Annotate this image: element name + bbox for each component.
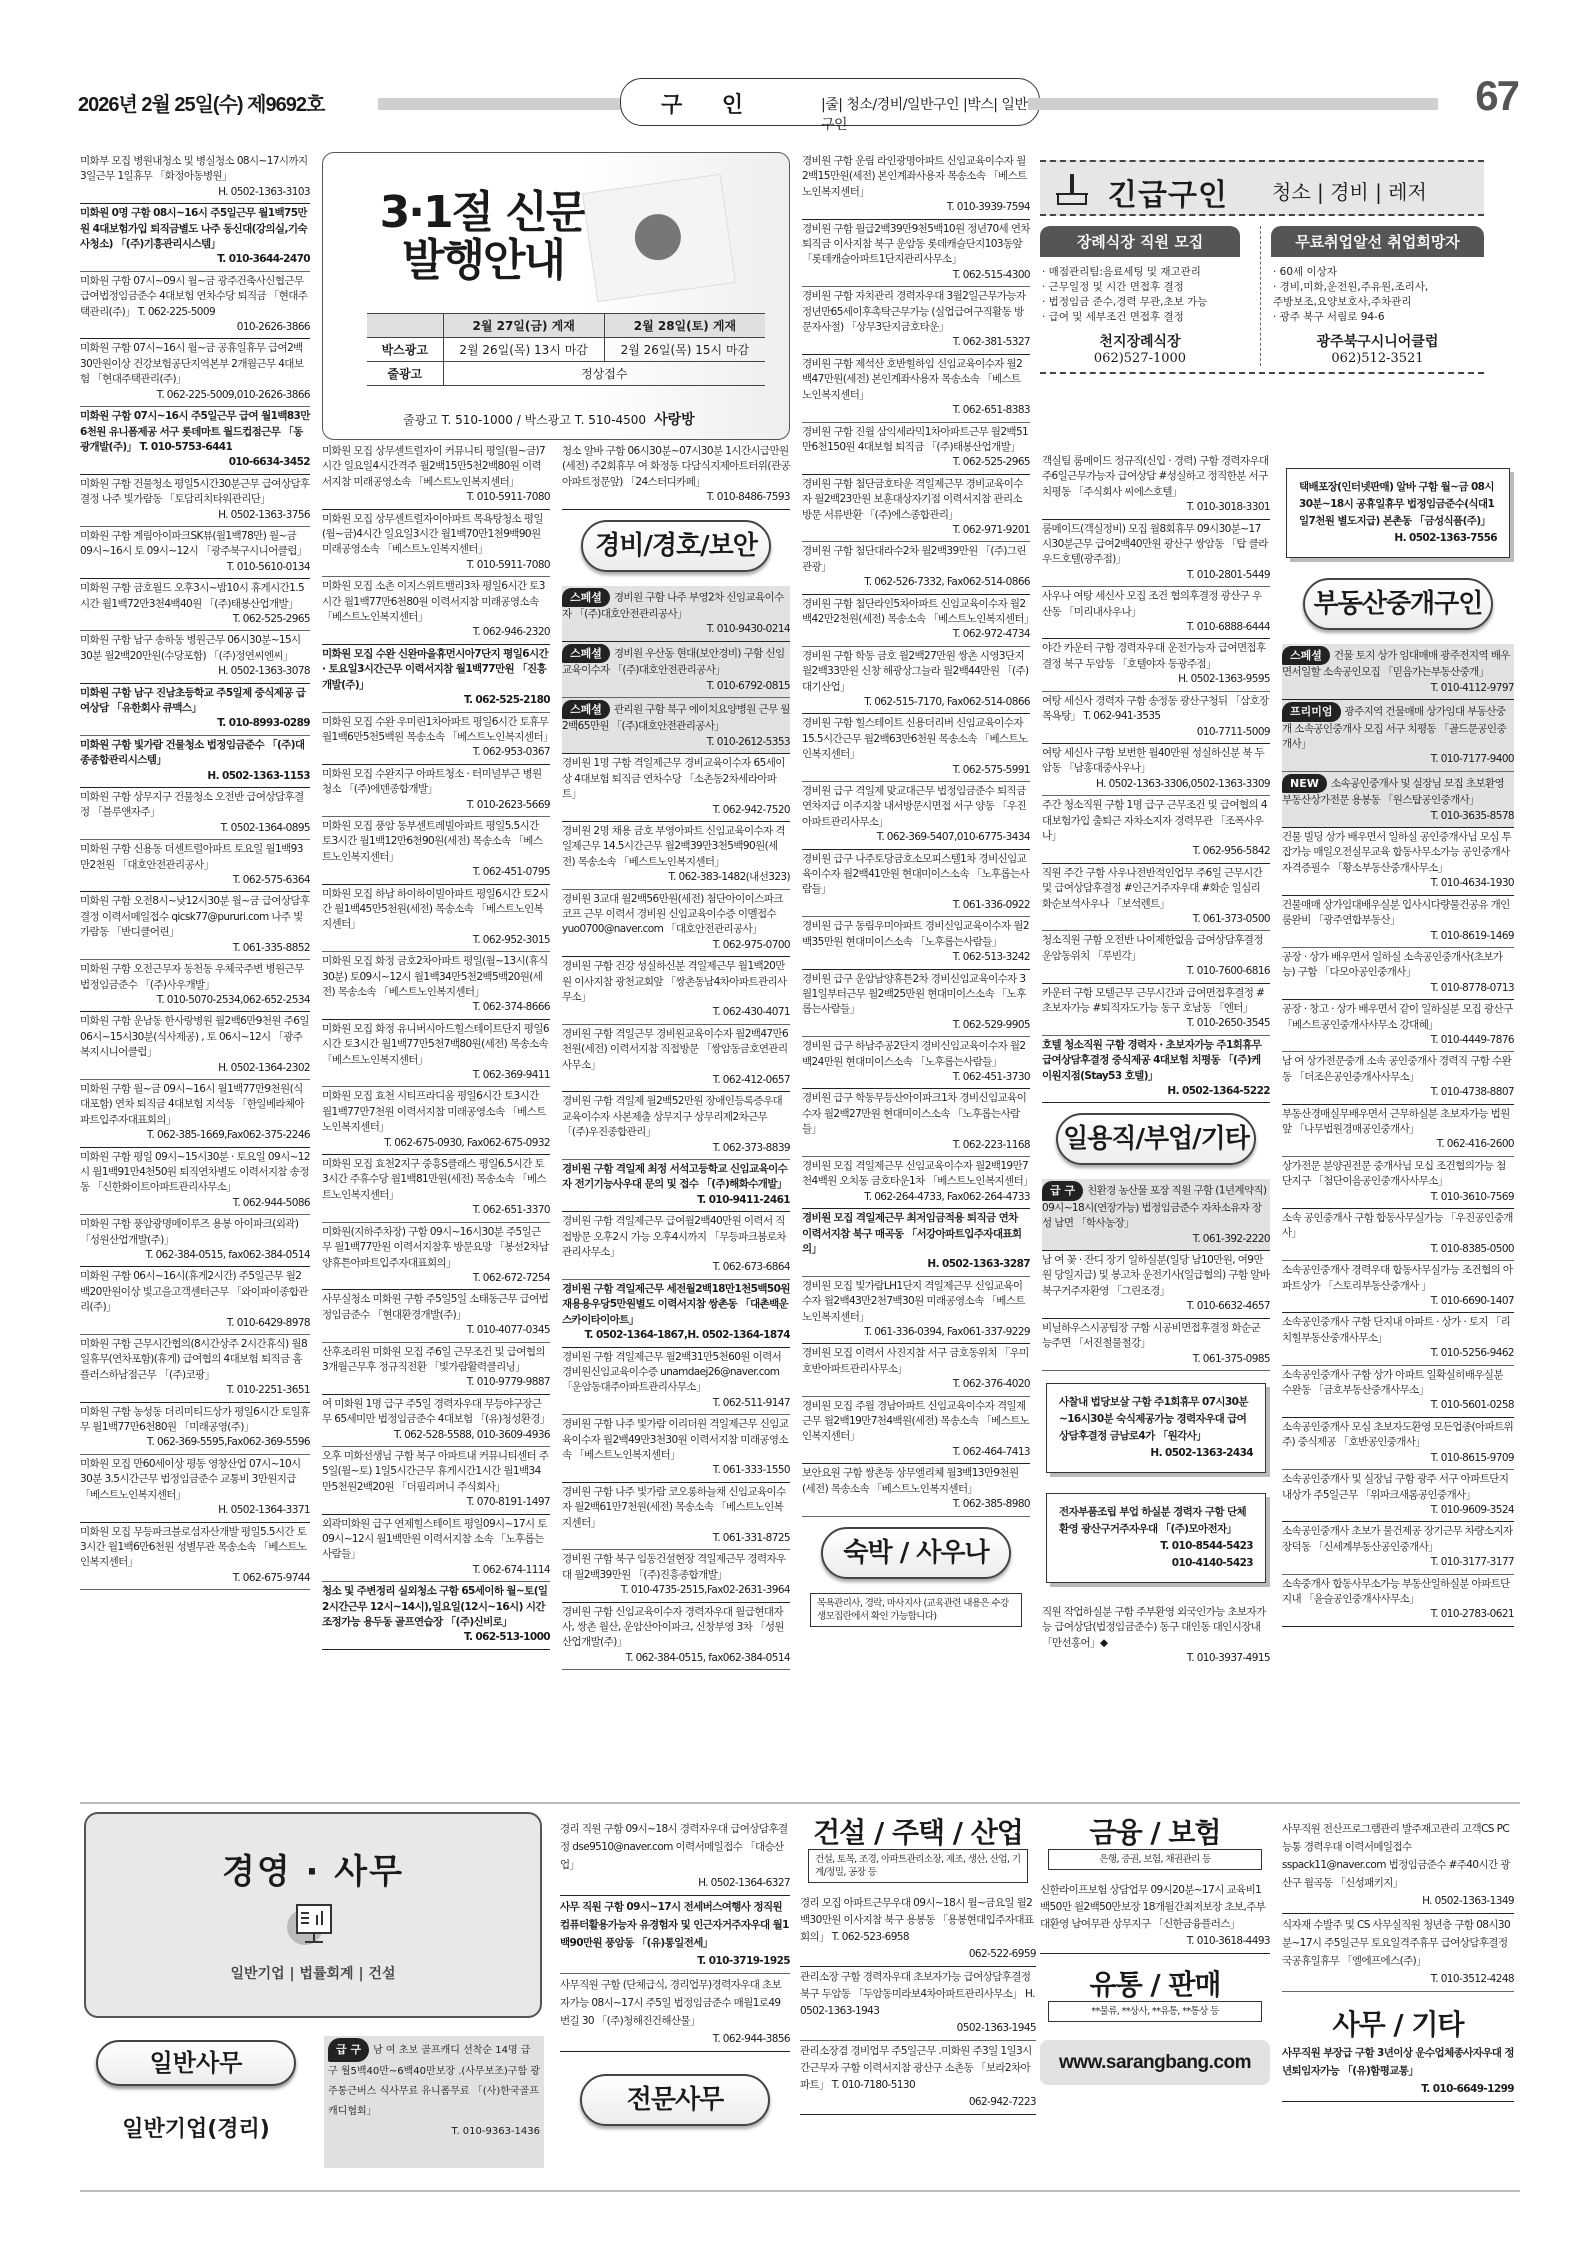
classified-ad[interactable]: 미화원 구함 06시~16시(휴게2시간) 주5일근무 월2백20만원이상 빛고… xyxy=(80,1267,310,1335)
classified-ad[interactable]: 경비원 2명 채용 금호 부영아파트 신임교육이수자 격일제근무 14.5시간근… xyxy=(562,822,790,890)
ad-phone: T. 062-264-4733, Fax062-264-4733 xyxy=(802,1190,1030,1205)
card-item: · 광주 북구 서림로 94-6 xyxy=(1273,310,1484,325)
ad-text: 미화원(지하주차장) 구함 09시~16시30분 주5일근무 월1백77만원 이… xyxy=(322,1226,549,1269)
ad-phone: T. 010-2623-5669 xyxy=(322,798,550,813)
ad-text: 사무 직원 구함 09시~17시 전세버스여행사 정직원 컴퓨터활용가능자 유경… xyxy=(560,1901,789,1949)
ad-text: 여탕 세신사 구함 보번한 월40만원 성실하신분 북 두암동 「남홍대중사우나… xyxy=(1042,747,1264,774)
classified-ad[interactable]: 경비원 구함 첨단대라수2차 월2백39만원 「(주)그린관광」T. 062-5… xyxy=(802,542,1030,594)
card-item: · 경비,미화,운전원,주유원,조리사, xyxy=(1273,280,1484,295)
card-item: · 60세 이상자 xyxy=(1273,265,1484,280)
ad-phone: T. 010-5070-2534,062-652-2534 xyxy=(80,993,310,1008)
finance-retail-column: 금융 / 보험 은행, 증권, 보험, 채권관리 등 신한라이프보험 상담업무 … xyxy=(1040,1818,1270,2085)
ad-text: 미화원 구함 근무시간협의(8시간상주 2시간휴식) 월8일휴무(연차포함)(휴… xyxy=(80,1338,307,1381)
column-2-cleaning-ads: 미화원 모집 상무센트럴자이 커뮤니티 평일(월~금)7시간 일요일4시간격주 … xyxy=(322,442,550,1650)
ad-phone: T. 010-9363-1436 xyxy=(328,2122,540,2142)
classified-ad[interactable]: 야간 카운터 구함 경력자우대 운전가능자 급여면접후결정 북구 두암동 「호텔… xyxy=(1042,639,1270,691)
classified-ad[interactable]: 스페셜건물 토지 상가 임대매매 광주전지역 배우면서일할 소속공인모집 「믿음… xyxy=(1282,644,1514,700)
ad-text: 미화원 구함 07시~16시 월~금 공휴일휴무 급여2백30만원이상 건강보험… xyxy=(80,342,303,385)
ad-phone: H. 0502-1363-1349 xyxy=(1282,1892,1514,1910)
ad-phone: T. 010-9609-3524 xyxy=(1282,1503,1514,1518)
ad-text: 경비원 구함 자치관리 경력자우대 3월2일근무가능자 정년만65세이후촉탁근무… xyxy=(802,290,1026,333)
urgent-badge: 급 구 xyxy=(1042,1181,1083,1200)
fish-market-ad[interactable]: 직원 작업하실분 구함 주부환영 외국인가능 초보자가능 급여상담(법정임금준수… xyxy=(1042,1603,1270,1670)
ad-text: 미화원 모집 화정 금호2차아파트 평일(월~13시(휴식30분) 토09시~1… xyxy=(322,955,548,998)
classified-ad[interactable]: 경비원 급구 운암남양휴튼2차 경비신임교육이수자 3월1일부터근무 월2백25… xyxy=(802,970,1030,1038)
ad-phone: T. 010-8619-1469 xyxy=(1282,929,1514,944)
ad-text: 경비원 급구 하남주공2단지 경비신임교육이수자 월2백24만원 현대미이스소속… xyxy=(802,1040,1026,1067)
ad-phone: T. 010-4112-9797 xyxy=(1282,681,1514,696)
ad-text: 청소직원 구함 오전반 나이제한없음 급여상담후결정 운암동위치 「루빈각」 xyxy=(1042,934,1263,961)
ad-badge: NEW xyxy=(1282,774,1327,793)
classified-ad[interactable]: 소속공인중개사 및 실장님 구함 광주 서구 아파트단지내상가 주5일근무 「위… xyxy=(1282,1470,1514,1522)
ad-phone: T. 010-6649-1299 xyxy=(1282,2080,1514,2098)
classified-ad[interactable]: 미화원 모집 수완 신완마을휴먼시아7단지 평일6시간 · 토요일3시간근무 이… xyxy=(322,645,550,713)
column-4-security-ads: 경비원 구함 운림 라인광명아파트 신임교육이수자 월2백15만원(세전) 본인… xyxy=(802,152,1030,1637)
classified-ad[interactable]: 소속 공인중개사 구함 합동사무실가능 「우진공인중개사」T. 010-8385… xyxy=(1282,1209,1514,1261)
ad-text: 경비원 구함 신임교육이수자 경력자우대 월급현대자사, 쌍촌 월산, 운암산아… xyxy=(562,1606,784,1649)
ad-text: 경비원 구함 나주 빛가람 이리더원 격일제근무 신임교육이수자 월2백49만3… xyxy=(562,1418,788,1461)
classified-ad[interactable]: 스페셜경비원 구함 나주 부영2차 신임교육이수자 「(주)대호안전관리공사」T… xyxy=(562,586,790,642)
ad-badge: 프리미엄 xyxy=(1282,702,1341,721)
header-bar-left xyxy=(378,98,628,110)
ad-phone: 010-2626-3866 xyxy=(80,320,310,335)
classified-ad[interactable]: 경비원 급구 나주토당금호소모피스텔1차 경비신임교육이수자 월2백41만원 현… xyxy=(802,850,1030,918)
classified-ad[interactable]: 소속공인중개사 구함 상가 아파트 일확실히배우실분 수완동 「금호부동산중개사… xyxy=(1282,1366,1514,1418)
ad-text: 직원 주간 구함 사우나전반적인업무 주6일 근무시간 및 급여상담후결정 #인… xyxy=(1042,867,1262,910)
packaging-box-ad[interactable]: 택배포장(인터넷판매) 알바 구함 월~금 08시30분~18시 공휴일휴무 법… xyxy=(1286,468,1510,558)
classified-ad[interactable]: 미화원 0명 구함 08시~16시 주5일근무 월1백75만원 4대보험가입 퇴… xyxy=(80,204,310,272)
classified-ad[interactable]: 경비원 모집 격일제근무 최저임금적용 퇴직금 연차 이력서지참 북구 매곡동 … xyxy=(802,1209,1030,1277)
classified-ad[interactable]: 청소 및 주변정리 실외청소 구함 65세이하 월~토(일 2시간근무 12시~… xyxy=(322,1582,550,1650)
ad-phone: T. 061-373-0500 xyxy=(1042,912,1270,927)
column-1-cleaning-ads: 미화부 모집 병원내청소 및 병실청소 08시~17시까지 3일근무 1일휴무 … xyxy=(80,152,310,1590)
classified-ad[interactable]: 미화원 구함 07시~09시 월~금 광주건축사신협근무 급여법정임금준수 4대… xyxy=(80,272,310,340)
classified-ad[interactable]: 경리 직원 구함 09시~18시 경력자우대 급여상담후결정 dse9510@n… xyxy=(560,1818,790,1896)
classified-ad[interactable]: 경비원 구함 운림 라인광명아파트 신임교육이수자 월2백15만원(세전) 본인… xyxy=(802,152,1030,220)
ad-text: 경비원 모집 이력서 사진지참 서구 금호동위치 「우미호반아파트관리사무소」 xyxy=(802,1347,1029,1374)
holiday-notice-banner: 3·1절 신문 발행안내 2월 27일(금) 게재 2월 28일(토) 게재 박… xyxy=(322,152,790,440)
classified-ad[interactable]: 경비원 구함 학동 금호 월2백27만원 쌍촌 시영3단지 월2백33만원 신창… xyxy=(802,647,1030,715)
classified-ad[interactable]: 비닐하우스시공팀장 구함 시공비면접후결정 화순군 능주면 「서진철물철강」T.… xyxy=(1042,1319,1270,1371)
ad-text: 건물 빌딩 상가 배우면서 일하실 공인중개사님 모심 투잡가능 매일오전실무교… xyxy=(1282,831,1511,874)
ad-text: 경비원 1명 구함 격일제근무 경비교육이수자 65세이상 4대보험 퇴직금 연… xyxy=(562,757,785,800)
ad-phone: T. 062-369-5407,010-6775-3434 xyxy=(802,830,1030,845)
classified-ad[interactable]: 소속공인중개사 초보가 물건제공 장기근무 차량소지자 장덕동 「신세계부동산공… xyxy=(1282,1522,1514,1574)
ad-phone: T. 010-3644-2470 xyxy=(80,252,310,267)
ad-phone: T. 062-525-2965 xyxy=(802,455,1030,470)
classified-ad[interactable]: 미화원 구함 빛가람 건물청소 법정임금준수 「(주)대종종합관리시스템」H. … xyxy=(80,736,310,788)
classified-ad[interactable]: 공장 · 상가 배우면서 일하실 소속공인중개사(초보가능) 구함 「다모아공인… xyxy=(1282,948,1514,1000)
category-note: **물류, **상사, **유통, **통상 등 xyxy=(1048,2001,1262,2022)
urgent-hiring-panel: 긴급구인 청소 | 경비 | 레저 장례식장 직원 모집 · 매점관리팀:음료세… xyxy=(1040,160,1484,445)
classified-ad[interactable]: 경리 모집 아파트근무우대 09시~18시 월~금요일 월2백30만원 이사지참… xyxy=(800,1893,1036,1967)
ad-phone: T. 062-975-0700 xyxy=(562,938,790,953)
ad-phone: T. 010-5601-0258 xyxy=(1282,1398,1514,1413)
classified-ad[interactable]: 경비원 구함 힐스테이트 신용더리버 신임교육이수자 15.5시간근무 월2백6… xyxy=(802,714,1030,782)
classified-ad[interactable]: NEW소속공인중개사 및 실장님 모집 초보환영 부동산상가전문 용봉동 「원스… xyxy=(1282,772,1514,828)
ad-phone: T. 062-430-4071 xyxy=(562,1005,790,1020)
ad-phone: T. 062-384-0515, fax062-384-0514 xyxy=(80,1248,310,1263)
classified-ad[interactable]: 경비원 구함 격일제근무 급여월2백40만원 이력서 직접방문 오후2시 가능 … xyxy=(562,1212,790,1280)
ad-phone: T. 062-944-3856 xyxy=(560,2030,790,2048)
classified-ad[interactable]: 미화원 구함 풍암광명메이루즈 용봉 아이파크(외곽) 「성원산업개발(주)」T… xyxy=(80,1215,310,1267)
classified-ad[interactable]: 경비원 구함 건강 성실하신분 격일제근무 월1백20만원 이사지참 광천교회앞… xyxy=(562,957,790,1025)
ad-phone: T. 062-942-7520 xyxy=(562,803,790,818)
classified-ad[interactable]: 카운터 구함 모텔근무 근무시간과 급여면접후결정 #초보자가능 #퇴직자도가능… xyxy=(1042,984,1270,1036)
assembly-box-ad[interactable]: 전자부품조립 부업 하실분 경력자 구함 단체환영 광산구거주자우대 「(주)모… xyxy=(1046,1493,1266,1583)
ad-phone: T. 010-3719-1925 xyxy=(560,1952,790,1970)
ad-phone: T. 062-225-5009,010-2626-3866 xyxy=(80,388,310,403)
classified-ad[interactable]: 미화원 모집 수완지구 아파트청소 · 터미널부근 병원청소 「(주)에덴종합개… xyxy=(322,765,550,817)
ad-text: 사무직원 전산프로그램관리 발주재고관리 고객CS PC능통 경력우대 이력서메… xyxy=(1282,1823,1510,1889)
classified-ad[interactable]: 미화원 모집 효천 시티프라디움 평일6시간 토3시간 월1백77만7천원 이력… xyxy=(322,1087,550,1155)
ad-phone: H. 0502-1363-3306,0502-1363-3309 xyxy=(1042,777,1270,792)
page-header: 2026년 2월 25일(수) 제9692호 구 인 |줄| 청소/경비/일반구… xyxy=(78,78,1518,126)
column-5-lodging-ads: 객실팀 룸메이드 정규직(신입 · 경력) 구함 경력자우대 주6일근무가능자 … xyxy=(1042,452,1270,1670)
classified-ad[interactable]: 미화원 구함 상무지구 건물청소 오전반 급여상담후결정 「블루앤자주」T. 0… xyxy=(80,788,310,840)
classified-ad[interactable]: 남 여 꽃 · 잔디 장기 일하실분(일당 남10만원, 여9만원 당일지급) … xyxy=(1042,1251,1270,1319)
ad-phone: T. 010-2801-5449 xyxy=(1042,568,1270,583)
ad-phone: T. 062-525-2180 xyxy=(322,693,550,708)
ad-text: 호텔 청소직원 구함 경력자 · 초보자가능 주1회휴무 급여상담후결정 중식제… xyxy=(1042,1039,1261,1082)
ad-phone: T. 010-4449-7876 xyxy=(1282,1033,1514,1048)
classified-ad[interactable]: 산후조리원 미화원 모집 주6일 근무조건 및 급여협의 3개월근무후 정규직전… xyxy=(322,1343,550,1395)
classified-ad[interactable]: 사무직원 전산프로그램관리 발주재고관리 고객CS PC능통 경력우대 이력서메… xyxy=(1282,1818,1514,1914)
ad-text: 미화원 구함 오전근무자 동천동 우체국주변 병원근무 법정임금준수 「(주)사… xyxy=(80,963,304,990)
classified-ad[interactable]: 청소직원 구함 오전반 나이제한없음 급여상담후결정 운암동위치 「루빈각」T.… xyxy=(1042,931,1270,983)
card-company: 광주북구시니어클럽 xyxy=(1271,331,1484,351)
ad-text: 미화원 구함 풍암광명메이루즈 용봉 아이파크(외곽) 「성원산업개발(주)」 xyxy=(80,1218,298,1245)
classified-ad[interactable]: 경비원 구함 북구 임동건설현장 격일제근무 경력자우대 월2백39만원 「(주… xyxy=(562,1550,790,1602)
ad-text: 야간 카운터 구함 경력자우대 운전가능자 급여면접후결정 북구 두암동 「호텔… xyxy=(1042,642,1266,669)
ad-phone-2: 010-4140-5423 xyxy=(1059,1555,1253,1572)
ad-text: 미화원 구함 상무지구 건물청소 오전반 급여상담후결정 「블루앤자주」 xyxy=(80,791,304,818)
classified-ad[interactable]: 관리소장겸 경비업무 주5일근무 .미화원 주3일 1일3시간근무자 구함 이력… xyxy=(800,2041,1036,2115)
classified-ad[interactable]: 경비원 모집 빛가람LH1단지 격일제근무 신임교육이수자 월2백43만2천7백… xyxy=(802,1277,1030,1345)
classified-ad[interactable]: 미화원 구함 금호월드 오후3시~밤10시 휴게시간1.5시간 월1백72만3천… xyxy=(80,579,310,631)
ad-phone: H. 0502-1364-6327 xyxy=(560,1874,790,1892)
classified-ad[interactable]: 경비원 구함 제석산 호반힐하임 신임교육이수자 월2백47만원(세전) 본인계… xyxy=(802,355,1030,423)
urgent-title: 긴급구인 xyxy=(1108,170,1228,214)
category-note: 목욕관리사, 경락, 마사지사 (교육관련 내용은 수강생모집란에서 확인 가능… xyxy=(810,1593,1022,1627)
ad-text: 미화원 모집 화정 유니버시아드힐스테이트단지 평일6시간 토3시간 월1백77… xyxy=(322,1023,549,1066)
ad-phone: T. 062-674-1114 xyxy=(322,1563,550,1578)
monitor-chart-icon xyxy=(283,1901,343,1951)
classified-ad[interactable]: 경비원 구함 격일제근무 세전월2백18만1천5백50원 재용용우당5만원별도 … xyxy=(562,1280,790,1348)
classified-ad[interactable]: 미화원 구함 운남동 한사랑병원 월2백6만9천원 주6일 06시~15시30분… xyxy=(80,1012,310,1080)
classified-ad[interactable]: 미화원 구함 월~금 09시~16시 월1백77만9천원(식대포함) 연차 퇴직… xyxy=(80,1080,310,1148)
ad-phone: T. 062-946-2320 xyxy=(322,625,550,640)
ad-text: 소속공인중개사 및 실장님 구함 광주 서구 아파트단지내상가 주5일근무 「위… xyxy=(1282,1473,1508,1500)
classified-ad[interactable]: 미화원 모집 소촌 이지스위트밸리3차 평일6시간 토3시간 월1백77만6천8… xyxy=(322,577,550,645)
classified-ad[interactable]: 미화원 모집 만60세이상 평동 영창산업 07시~10시30분 3.5시간근무… xyxy=(80,1455,310,1523)
golf-caddy-ad[interactable]: 급 구남 여 초보 골프캐디 선착순 14명 급구 월5백40만~6백40만보장… xyxy=(324,2036,544,2168)
classified-ad[interactable]: 사무실청소 미화원 구함 주5일5일 소태동근무 급여법정임금준수 「현대환경개… xyxy=(322,1290,550,1342)
urgent-farm-ad[interactable]: 급 구친환경 농산물 포장 직원 구함 (1년계약직) 09시~18시(연장가능… xyxy=(1042,1179,1270,1251)
classified-ad[interactable]: 스페셜경비원 우산동 현대(보안경비) 구함 신임교육이수자 「(주)대호안전관… xyxy=(562,642,790,698)
classified-ad[interactable]: 스페셜관리원 구함 북구 에이치요양병원 근무 월2백65만원 「(주)대호안전… xyxy=(562,698,790,754)
header-bar-right xyxy=(1028,98,1438,110)
ad-phone: T. 010-8778-0713 xyxy=(1282,981,1514,996)
ad-phone: T. 062-672-7254 xyxy=(322,1271,550,1286)
ad-text: 경비원 구함 힐스테이트 신용더리버 신임교육이수자 15.5시간근무 월2백6… xyxy=(802,717,1028,760)
classified-ad[interactable]: 미화원 구함 07시~16시 주5일근무 급여 월1백83만6천원 유니폼제공 … xyxy=(80,407,310,475)
category-retail: 유통 / 판매 xyxy=(1040,1976,1270,1993)
ad-phone: T. 010-3512-4248 xyxy=(1282,1970,1514,1988)
ad-text: 경비원 모집 격일제근무 최저임금적용 퇴직금 연차 이력서지참 북구 매곡동 … xyxy=(802,1212,1021,1255)
ad-phone: T. 010-7600-6816 xyxy=(1042,964,1270,979)
classified-ad[interactable]: 미화원 모집 무등파크블로섬자산개발 평일5.5시간 토3시간 월1백6만6천원… xyxy=(80,1523,310,1591)
ad-phone: T. 062-373-8839 xyxy=(562,1141,790,1156)
classified-ad[interactable]: 보안요원 구함 쌍촌동 상무엘리체 월3백13만9천원(세전) 목송소속 「베스… xyxy=(802,1464,1030,1516)
ad-text: 미화원 모집 무등파크블로섬자산개발 평일5.5시간 토3시간 월1백6만6천원… xyxy=(80,1526,307,1569)
classified-ad[interactable]: 미화원 구함 평일 09시~15시30분 · 토요일 09시~12시 월1백91… xyxy=(80,1148,310,1216)
row-label-line-ad: 줄광고 xyxy=(367,362,443,386)
card-item: · 근무일정 및 시간 면접후 결정 xyxy=(1042,280,1240,295)
ad-text: 경비원 모집 빛가람LH1단지 격일제근무 신임교육이수자 월2백43만2천7백… xyxy=(802,1280,1025,1323)
subcategory-accounting: 일반기업(경리) xyxy=(96,2112,296,2143)
classified-ad[interactable]: 경비원 구함 신임교육이수자 경력자우대 월급현대자사, 쌍촌 월산, 운암산아… xyxy=(562,1603,790,1671)
ad-phone: H. 0502-1363-3078 xyxy=(80,664,310,679)
ad-phone: T. 062-374-8666 xyxy=(322,1000,550,1015)
ad-phone: T. 010-6792-0815 xyxy=(562,679,790,694)
ad-text: 경비원 구함 격일제근무 세전월2백18만1천5백50원 재용용우당5만원별도 … xyxy=(562,1283,790,1326)
classified-ad[interactable]: 경비원 구함 진월 삼익세라믹1차아파트근무 월2백51만6천150원 4대보험… xyxy=(802,423,1030,475)
ad-text: 룸메이드(객실정비) 모집 월8회휴무 09시30분~17시30분근무 급여2백… xyxy=(1042,523,1268,566)
ad-phone: T. 010-8544-5423 xyxy=(1059,1538,1253,1555)
broom-icon xyxy=(1054,172,1090,208)
construction-column: 건설 / 주택 / 산업 건설, 토목, 조경, 아파트관리소장, 제조, 생산… xyxy=(800,1818,1036,2115)
ad-phone: T. 062-513-1000 xyxy=(322,1630,550,1645)
ad-phone: T. 010-8993-0289 xyxy=(80,716,310,731)
classified-ad[interactable]: 경비원 급구 격일제 맞교대근무 법정임금준수 퇴직금 연차지급 이주지참 내서… xyxy=(802,782,1030,850)
ad-text: 미화원 구함 오전8시~낮12시30분 월~금 급여상담후결정 이력서메일접수 … xyxy=(80,895,310,938)
ad-text: 미화원 모집 풍암 동부센트레빌아파트 평일5.5시간 토3시간 월1백12만6… xyxy=(322,820,542,863)
notice-title-line2: 발행안내 xyxy=(353,237,613,285)
classified-ad[interactable]: 직원 주간 구함 사우나전반적인업무 주6일 근무시간 및 급여상담후결정 #인… xyxy=(1042,864,1270,932)
classified-ad[interactable]: 미화원 구함 남구 송하동 병원근무 06시30분~15시30분 월2백20만원… xyxy=(80,631,310,683)
ad-text: 미화원 구함 06시~16시(휴게2시간) 주5일근무 월2백20만원이상 빛고… xyxy=(80,1270,308,1313)
classified-ad[interactable]: 소속공인중개사 구함 단지내 아파트 · 상가 · 토지 「리치힐부동산중개사무… xyxy=(1282,1313,1514,1365)
classified-ad[interactable]: 미화원 모집 풍암 동부센트레빌아파트 평일5.5시간 토3시간 월1백12만6… xyxy=(322,817,550,885)
ad-phone: T. 062-511-9147 xyxy=(562,1396,790,1411)
classified-ad[interactable]: 소속공인중개사 모심 초보자도환영 모든업종(아파트위주) 중식제공 「호반공인… xyxy=(1282,1418,1514,1470)
ad-phone: T. 010-9779-9887 xyxy=(322,1375,550,1390)
classified-ad[interactable]: 공장 · 창고 · 상가 배우면서 같이 일하실분 모집 광산구 「베스트공인중… xyxy=(1282,1000,1514,1052)
classified-ad[interactable]: 여탕 세신사 구함 보번한 월40만원 성실하신분 북 두암동 「남홍대중사우나… xyxy=(1042,744,1270,796)
ad-phone: T. 010-6632-4657 xyxy=(1042,1299,1270,1314)
classified-ad[interactable]: 주간 청소직원 구함 1명 급구 근무조건 및 급여협의 4대보험가입 출퇴근 … xyxy=(1042,796,1270,864)
ad-text: 경비원 2명 채용 금호 부영아파트 신임교육이수자 격일제근무 14.5시간근… xyxy=(562,825,785,868)
ad-badge: 스페셜 xyxy=(562,700,610,719)
ad-text: 소속중개사 합동사무소가능 부동산일하실분 아파트단지내 「윤슬공인중개사사무소… xyxy=(1282,1578,1510,1605)
ad-phone: T. 062-528-5588, 010-3609-4936 xyxy=(322,1428,550,1443)
classified-ad[interactable]: 청소 알바 구함 06시30분~07시30분 1시간시급만원(세전) 주2회휴무… xyxy=(562,442,790,510)
ad-phone: T. 010-8385-0500 xyxy=(1282,1242,1514,1257)
classified-ad[interactable]: 경비원 구함 격일제 월2백52만원 장애인등록증우대 교육이수자 사본제출 상… xyxy=(562,1092,790,1160)
banner-title: 경영 · 사무 xyxy=(86,1844,540,1893)
ad-phone: H. 0502-1363-2434 xyxy=(1059,1445,1253,1462)
classified-ad[interactable]: 경비원 구함 첨단라인5차아파트 신임교육이수자 월2백42만2천원(세전) 목… xyxy=(802,595,1030,647)
classified-ad[interactable]: 미화원 구함 07시~16시 월~금 공휴일휴무 급여2백30만원이상 건강보험… xyxy=(80,339,310,407)
classified-ad[interactable]: 프리미엄광주지역 건물매매 상가임대 부동산중개 소속공인중개사 모집 서구 치… xyxy=(1282,700,1514,772)
ad-text: 경비원 구함 첨단대라수2차 월2백39만원 「(주)그린관광」 xyxy=(802,545,1026,572)
classified-ad[interactable]: 외곽미화원 급구 연제힐스테이트 평일09시~17시 토09시~12시 월1백만… xyxy=(322,1515,550,1583)
classified-ad[interactable]: 사무 직원 구함 09시~17시 전세버스여행사 정직원 컴퓨터활용가능자 유경… xyxy=(560,1896,790,1974)
ad-text: 비닐하우스시공팀장 구함 시공비면접후결정 화순군 능주면 「서진철물철강」 xyxy=(1042,1322,1260,1349)
classified-ad[interactable]: 미화원 모집 하남 하이하이빌아파트 평일6시간 토2시간 월1백45만5천원(… xyxy=(322,885,550,953)
ad-phone: T. 010-3937-4915 xyxy=(1042,1651,1270,1666)
ad-text: 상가전문 분양권전문 중개사님 모십 조건협의가능 첨단지구 「첨단이음공인중개… xyxy=(1282,1160,1506,1187)
classified-ad[interactable]: 경비원 구함 자치관리 경력자우대 3월2일근무가능자 정년만65세이후촉탁근무… xyxy=(802,287,1030,355)
classified-ad[interactable]: 미화원 모집 상무센트럴자이아파트 목욕탕청소 평일(월~금)4시간 일요일3시… xyxy=(322,510,550,578)
classified-ad[interactable]: 오후 미화선생님 구함 북구 아파트내 커뮤니티센터 주5일(월~토) 1일5시… xyxy=(322,1447,550,1515)
classified-ad[interactable]: 미화원 구함 농성동 더리미티드상가 평일6시간 토일휴무 월1백77만6천80… xyxy=(80,1403,310,1455)
classified-ad[interactable]: 경비원 모집 이력서 사진지참 서구 금호동위치 「우미호반아파트관리사무소」T… xyxy=(802,1344,1030,1396)
category-security: 경비/경호/보안 xyxy=(581,520,771,572)
ad-text: 미화원 구함 계림아이파크SK뷰(월1백78만) 월~금 09시~16시 토 0… xyxy=(80,530,307,557)
ad-text: 미화원 모집 효천2지구 중흥S클래스 평일6.5시간 토3시간 주휴수당 월1… xyxy=(322,1158,546,1201)
notice-title: 3·1절 신문 발행안내 xyxy=(353,189,613,285)
classified-ad[interactable]: 부동산경매실무배우면서 근무하실분 초보자가능 법원앞 「나무법원경매공인중개사… xyxy=(1282,1105,1514,1157)
ad-phone: H. 0502-1364-5222 xyxy=(1042,1084,1270,1099)
classified-ad[interactable]: 상가전문 분양권전문 중개사님 모십 조건협의가능 첨단지구 「첨단이음공인중개… xyxy=(1282,1157,1514,1209)
classified-ad[interactable]: 미화원 구함 신용동 더센트럴아파트 토요일 월1백93만2천원 「대호안전관리… xyxy=(80,840,310,892)
ad-text: 미화원 모집 하남 하이하이빌아파트 평일6시간 토2시간 월1백45만5천원(… xyxy=(322,888,548,931)
ad-phone: T. 010-4077-0345 xyxy=(322,1323,550,1338)
ad-text: 관리소장겸 경비업무 주5일근무 .미화원 주3일 1일3시간근무자 구함 이력… xyxy=(800,2045,1032,2091)
classified-ad[interactable]: 경비원 3교대 월2백56만원(세전) 첨단아이이스파크코프 근무 이력서 경비… xyxy=(562,890,790,958)
ad-text: 미화원 구함 07시~09시 월~금 광주건축사신협근무 급여법정임금준수 4대… xyxy=(80,275,307,318)
senior-club-card: 무료취업알선 취업희망자 · 60세 이상자 · 경비,미화,운전원,주유원,조… xyxy=(1260,226,1484,366)
ad-phone: T. 062-223-1168 xyxy=(802,1138,1030,1153)
ad-phone: 062-942-7223 xyxy=(800,2094,1036,2111)
ad-text: 경비원 급구 학동무등산아이파크1차 경비신임교육이수자 월2백27만원 현대미… xyxy=(802,1092,1026,1135)
classified-ad[interactable]: 남 여 상가전문중개 소속 공인중개사 경력직 구함 수완동 「더조은공인중개사… xyxy=(1282,1052,1514,1104)
classified-ad[interactable]: 미화원 구함 계림아이파크SK뷰(월1백78만) 월~금 09시~16시 토 0… xyxy=(80,527,310,579)
category-finance: 금융 / 보험 xyxy=(1040,1824,1270,1841)
classified-ad[interactable]: 미화원 모집 효천2지구 중흥S클래스 평일6.5시간 토3시간 주휴수당 월1… xyxy=(322,1155,550,1223)
classified-ad[interactable]: 경비원 1명 구함 격일제근무 경비교육이수자 65세이상 4대보험 퇴직금 연… xyxy=(562,754,790,822)
classified-ad[interactable]: 경비원 구함 격일제근무 월2백31만5천60원 이력서 경비원신임교육이수증 … xyxy=(562,1348,790,1416)
ad-phone: T. 061-375-0985 xyxy=(1042,1352,1270,1367)
classified-ad[interactable]: 경비원 급구 하남주공2단지 경비신임교육이수자 월2백24만원 현대미이스소속… xyxy=(802,1037,1030,1089)
classified-ad[interactable]: 소속공인중개사 경력우대 합동사무실가능 조건협의 아파트상가 「스토리부동산중… xyxy=(1282,1261,1514,1313)
ad-phone: T. 062-383-1482(내선323) xyxy=(562,870,790,885)
ad-phone: 010-6634-3452 xyxy=(80,455,310,470)
classified-ad[interactable]: 미화원(지하주차장) 구함 09시~16시30분 주5일근무 월1백77만원 이… xyxy=(322,1223,550,1291)
classified-ad[interactable]: 미화원 구함 건물청소 평일5시간30분근무 급여상담후결정 나주 빛가람동 「… xyxy=(80,475,310,527)
classified-ad[interactable]: 경비원 구함 월급2백39만9천5백10원 정년70세 연차 퇴직금 이사지참 … xyxy=(802,220,1030,288)
ad-phone: T. 010-5911-7080 xyxy=(322,558,550,573)
ad-text: 경비원 구함 격일근무 경비원교육이수자 월2백47만6천원(세전) 이력서지참… xyxy=(562,1028,788,1071)
classified-ad[interactable]: 관리소장 구함 경력자우대 초보자가능 급여상담후결정 북구 두암동 「두암동미… xyxy=(800,1967,1036,2041)
card-item: · 급여 및 세부조건 면접후 결정 xyxy=(1042,310,1240,325)
classified-ad[interactable]: 건물 빌딩 상가 배우면서 일하실 공인중개사님 모심 투잡가능 매일오전실무교… xyxy=(1282,828,1514,896)
classified-ad[interactable]: 룸메이드(객실정비) 모집 월8회휴무 09시30분~17시30분근무 급여2백… xyxy=(1042,520,1270,588)
classified-ad[interactable]: 사무직원 구함 (단체급식, 경리업무)경력자우대 초보자가능 08시~17시 … xyxy=(560,1974,790,2052)
classified-ad[interactable]: 미화원 모집 상무센트럴자이 커뮤니티 평일(월~금)7시간 일요일4시간격주 … xyxy=(322,442,550,510)
ad-text: 남 여 상가전문중개 소속 공인중개사 경력직 구함 수완동 「더조은공인중개사… xyxy=(1282,1055,1511,1082)
ad-text: 경비원 구함 북구 임동건설현장 격일제근무 경력자우대 월2백39만원 「(주… xyxy=(562,1553,786,1580)
ad-phone: T. 010-9430-0214 xyxy=(562,622,790,637)
classified-ad[interactable]: 미화부 모집 병원내청소 및 병실청소 08시~17시까지 3일근무 1일휴무 … xyxy=(80,152,310,204)
ad-phone: T. 062-384-0515, fax062-384-0514 xyxy=(562,1651,790,1666)
card-item: · 법정임금 준수,경력 무관,초보 가능 xyxy=(1042,295,1240,310)
classified-ad[interactable]: 객실팀 룸메이드 정규직(신입 · 경력) 구함 경력자우대 주6일근무가능자 … xyxy=(1042,452,1270,520)
ad-text: 경비원 구함 격일제근무 월2백31만5천60원 이력서 경비원신임교육이수증 … xyxy=(562,1351,781,1394)
classified-ad[interactable]: 소속중개사 합동사무소가능 부동산일하실분 아파트단지내 「윤슬공인중개사사무소… xyxy=(1282,1575,1514,1627)
page-number: 67 xyxy=(1475,72,1518,120)
ad-phone: T. 062-464-7413 xyxy=(802,1445,1030,1460)
classified-ad[interactable]: 경비원 급구 학동무등산아이파크1차 경비신임교육이수자 월2백27만원 현대미… xyxy=(802,1089,1030,1157)
classified-ad[interactable]: 사우나 여탕 세신사 모집 조건 협의후결정 광산구 우산동 「미리내사우나」T… xyxy=(1042,587,1270,639)
ad-text: 미화원 모집 효천 시티프라디움 평일6시간 토3시간 월1백77만7천원 이력… xyxy=(322,1090,546,1133)
section-subtitle: |줄| 청소/경비/일반구인 |박스| 일반구인 xyxy=(821,94,1039,134)
category-lodging-sauna: 숙박 / 사우나 xyxy=(821,1527,1011,1579)
classified-ad[interactable]: 경비원 모집 격일제근무 신임교육이수자 월2백19만7천4백원 오치동 금호타… xyxy=(802,1157,1030,1209)
card-phone: 062)512-3521 xyxy=(1271,351,1484,366)
classified-ad[interactable]: 사무직원 부장급 구함 3년이상 운수업체종사자우대 정년퇴임자가능 「(유)함… xyxy=(1282,2042,1514,2102)
ad-text: 사우나 여탕 세신사 모집 조건 협의후결정 광산구 우산동 「미리내사우나」 xyxy=(1042,590,1262,617)
ad-text: 건물매매 상가임대배우실분 입사시다량물건공유 개인룸완비 「광주연합부동산」 xyxy=(1282,899,1510,926)
ad-text: 미화원 구함 빛가람 건물청소 법정임금준수 「(주)대종종합관리시스템」 xyxy=(80,739,304,766)
classified-ad[interactable]: 미화원 구함 남구 진남초등학교 주5일제 중식제공 급여상담 「유한회사 큐맥… xyxy=(80,684,310,736)
ad-phone: T. 062-673-6864 xyxy=(562,1260,790,1275)
ad-phone: T. 010-3018-3301 xyxy=(1042,500,1270,515)
classified-ad[interactable]: 경비원 구함 첨단금호타운 격일제근무 경비교육이수자 월2백23만원 보훈대상… xyxy=(802,475,1030,543)
classified-ad[interactable]: 경비원 구함 격일제 최정 서석고등학교 신임교육이수자 전기기능사우대 문의 … xyxy=(562,1160,790,1212)
ad-text: 소속공인중개사 구함 단지내 아파트 · 상가 · 토지 「리치힐부동산중개사무… xyxy=(1282,1316,1510,1343)
ad-phone: T. 010-2251-3651 xyxy=(80,1383,310,1398)
ad-phone: T. 061-336-0922 xyxy=(802,898,1030,913)
classified-ad[interactable]: 건물매매 상가임대배우실분 입사시다량물건공유 개인룸완비 「광주연합부동산」T… xyxy=(1282,896,1514,948)
classified-ad[interactable]: 경비원 모집 주월 경남아파트 신임교육이수자 격일제근무 월2백19만7천4백… xyxy=(802,1397,1030,1465)
classified-ad[interactable]: 미화원 모집 화정 유니버시아드힐스테이트단지 평일6시간 토3시간 월1백77… xyxy=(322,1020,550,1088)
ad-text: 관리소장 구함 경력자우대 초보자가능 급여상담후결정 북구 두암동 「두암동미… xyxy=(800,1971,1035,2017)
classified-ad[interactable]: 미화원 구함 오전8시~낮12시30분 월~금 급여상담후결정 이력서메일접수 … xyxy=(80,892,310,960)
classified-ad[interactable]: 호텔 청소직원 구함 경력자 · 초보자가능 주1회휴무 급여상담후결정 중식제… xyxy=(1042,1036,1270,1104)
category-general-office: 일반사무 xyxy=(96,2040,296,2086)
classified-ad[interactable]: 경비원 구함 나주 빛가람 코오롱하늘채 신임교육이수자 월2백61만7천원(세… xyxy=(562,1483,790,1551)
classified-ad[interactable]: 경비원 구함 격일근무 경비원교육이수자 월2백47만6천원(세전) 이력서지참… xyxy=(562,1025,790,1093)
classified-ad[interactable]: 미화원 모집 수완 우미린1차아파트 평일6시간 토휴무 월1백6만5천5백원 … xyxy=(322,713,550,765)
ad-text: 청소 및 주변정리 실외청소 구함 65세이하 월~토(일 2시간근무 12시~… xyxy=(322,1585,547,1628)
ad-text: 경리 모집 아파트근무우대 09시~18시 월~금요일 월2백30만원 이사지참… xyxy=(800,1897,1033,1943)
classified-ad[interactable]: 미화원 모집 화정 금호2차아파트 평일(월~13시(휴식30분) 토09시~1… xyxy=(322,952,550,1020)
classified-ad[interactable]: 경비원 구함 나주 빛가람 이리더원 격일제근무 신임교육이수자 월2백49만3… xyxy=(562,1415,790,1483)
classified-ad[interactable]: 여탕 세신사 경력자 구함 송정동 광산구청뒤 「삼호장 목욕탕」 T. 062… xyxy=(1042,692,1270,744)
temple-box-ad[interactable]: 사찰내 법당보살 구함 주1회휴무 07시30분~16시30분 숙식제공가능 경… xyxy=(1046,1383,1266,1473)
website-url-link[interactable]: www.sarangbang.com xyxy=(1040,2040,1270,2085)
ad-phone: T. 010-2650-3545 xyxy=(1042,1016,1270,1031)
ad-phone: T. 062-651-8383 xyxy=(802,403,1030,418)
ad-phone: T. 062-651-3370 xyxy=(322,1203,550,1218)
ad-phone: T. 062-515-4300 xyxy=(802,268,1030,283)
card-heading: 장례식장 직원 모집 xyxy=(1040,226,1240,257)
category-daily-side-jobs: 일용직/부업/기타 xyxy=(1056,1113,1256,1165)
ad-text: 경비원 구함 격일제 월2백52만원 장애인등록증우대 교육이수자 사본제출 상… xyxy=(562,1095,782,1138)
classified-ad[interactable]: 경비원 급구 동림우미아파트 경비신임교육이수자 월2백35만원 현대미이스소속… xyxy=(802,917,1030,969)
classified-ad[interactable]: 미화원 구함 오전근무자 동천동 우체국주변 병원근무 법정임금준수 「(주)사… xyxy=(80,960,310,1012)
classified-ad[interactable]: 식자재 수발주 및 CS 사무실직원 청년층 구함 08시30분~17시 주5일… xyxy=(1282,1914,1514,1992)
ad-text: 산후조리원 미화원 모집 주6일 근무조건 및 급여협의 3개월근무후 정규직전… xyxy=(322,1346,545,1373)
classified-ad[interactable]: 미화원 구함 근무시간협의(8시간상주 2시간휴식) 월8일휴무(연차포함)(휴… xyxy=(80,1335,310,1403)
classified-ad[interactable]: 여 미화원 1명 급구 주5일 경력자우대 무등야구장근무 65세미만 법정임금… xyxy=(322,1395,550,1447)
ad-phone: H. 0502-1363-3287 xyxy=(802,1257,1030,1272)
classified-ad[interactable]: 신한라이프보험 상담업무 09시20분~17시 교육비1백50만 월2백50만보… xyxy=(1040,1880,1270,1954)
ad-text: 미화원 모집 상무센트럴자이 커뮤니티 평일(월~금)7시간 일요일4시간격주 … xyxy=(322,445,545,488)
